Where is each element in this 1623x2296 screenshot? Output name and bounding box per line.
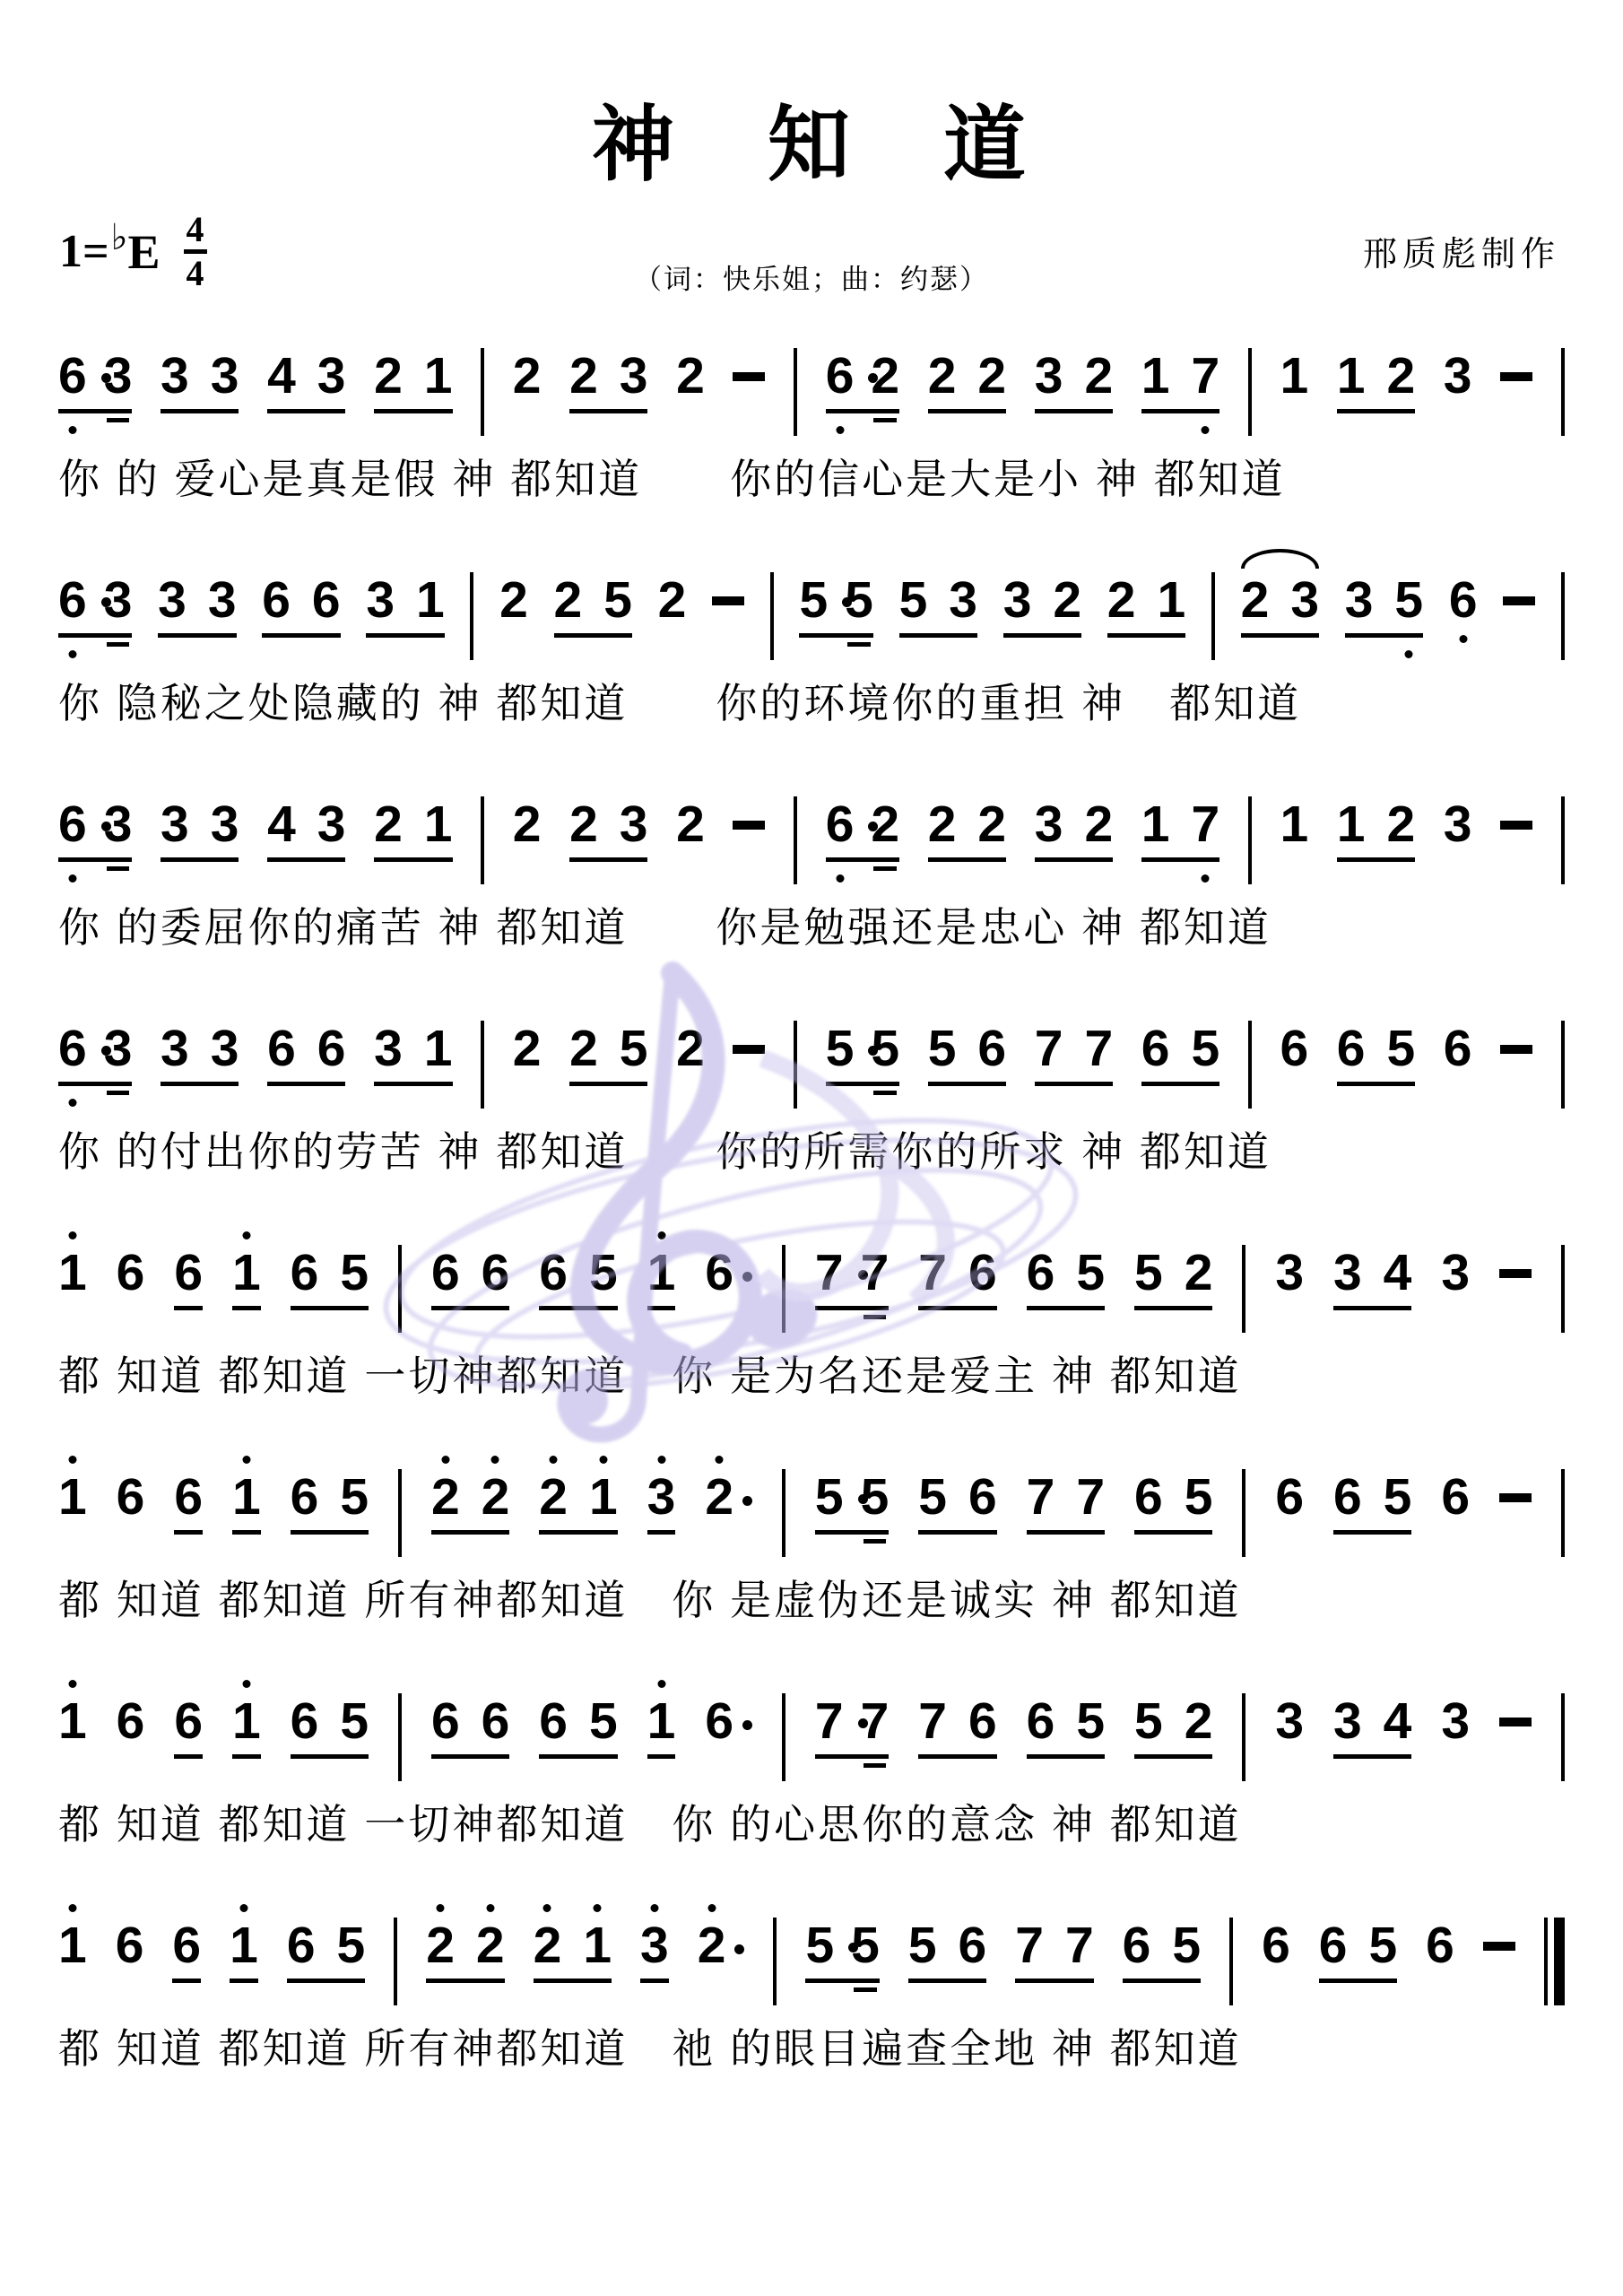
duration-dash	[1500, 821, 1532, 830]
note-digit: 2	[1241, 572, 1270, 628]
note-cell: 33	[161, 1021, 239, 1086]
meter-numerator: 4	[184, 212, 207, 254]
octave-dot-low	[68, 874, 76, 883]
note-cell	[1500, 796, 1532, 830]
note-digit: 6	[1275, 1469, 1304, 1525]
note-cell: 62	[826, 348, 899, 413]
beam-group: 65	[1319, 1918, 1397, 1983]
note-cell: 66	[431, 1245, 509, 1310]
note-cell: 23	[569, 348, 647, 413]
duration-dash	[1500, 372, 1532, 381]
note-digit: 6	[58, 1021, 87, 1076]
beam-group: 17	[1141, 796, 1219, 862]
note-cell: 3	[1441, 1693, 1470, 1749]
barline	[1561, 1693, 1565, 1781]
octave-dot-high	[657, 1456, 665, 1464]
beam-group: 12	[1337, 796, 1415, 862]
barline	[394, 1918, 397, 2005]
note-cell: 1	[58, 1693, 87, 1749]
lyric-line: 你 的 爱心是真是假 神 都知道 你的信心是大是小 神 都知道	[58, 447, 1565, 506]
note-digit: 5	[1185, 1469, 1213, 1525]
note-digit: 1	[424, 348, 453, 404]
sixteenth-underline	[107, 642, 130, 647]
note-digit: 5	[1076, 1245, 1105, 1300]
note-cell: 2	[676, 1021, 705, 1076]
note-cell	[1500, 348, 1532, 381]
note-digit: 7	[861, 1245, 890, 1300]
note-digit: 2	[374, 796, 403, 852]
note-cell: 77	[1035, 1021, 1113, 1086]
barline	[470, 572, 473, 660]
note-digit: 5	[340, 1693, 369, 1749]
octave-dot-high	[239, 1904, 247, 1912]
note-cell: 55	[815, 1469, 889, 1535]
barline	[794, 348, 797, 436]
note-cell: 3	[1441, 1245, 1470, 1300]
beam-group: 65	[1134, 1469, 1212, 1535]
note-cell: 1	[58, 1918, 87, 1973]
note-digit: 6	[1027, 1693, 1055, 1749]
note-cell: 34	[1333, 1693, 1411, 1759]
note-cell	[733, 1021, 765, 1054]
note-digit: 6	[116, 1918, 144, 1973]
note-digit: 5	[799, 572, 828, 628]
note-row: 633366312252555677656656	[58, 1021, 1565, 1109]
octave-dot-low	[836, 426, 844, 434]
beam-group: 55	[815, 1469, 889, 1535]
note-digit: 2	[1053, 572, 1081, 628]
note-digit: 7	[1191, 796, 1219, 852]
note-digit: 1	[1280, 796, 1308, 852]
note-digit: 3	[647, 1469, 676, 1535]
note-digit: 6	[539, 1245, 568, 1300]
note-cell: 65	[1141, 1021, 1219, 1086]
barline	[1561, 1245, 1565, 1333]
notation-line-5: 166165666516777665523343都 知道 都知道 一切神都知道 …	[58, 1245, 1565, 1469]
barline	[398, 1693, 402, 1781]
note-cell: 25	[554, 572, 632, 638]
beam-group: 22	[928, 796, 1006, 862]
beam-group: 66	[267, 1021, 345, 1086]
octave-dot-high	[491, 1456, 499, 1464]
note-cell: 25	[569, 1021, 647, 1086]
note-digit: 5	[871, 1021, 899, 1076]
note-digit: 7	[1015, 1918, 1044, 1973]
beam-group: 77	[1015, 1918, 1093, 1983]
lyric-line: 都 知道 都知道 一切神都知道 你 是为名还是爱主 神 都知道	[58, 1344, 1565, 1403]
beam-group: 77	[815, 1693, 889, 1759]
note-digit: 6	[968, 1245, 997, 1300]
barline-cell	[794, 796, 797, 884]
duration-dash	[1483, 1942, 1515, 1951]
octave-dot-high	[242, 1680, 250, 1688]
note-digit: 6	[267, 1021, 296, 1076]
barline-cell	[770, 572, 774, 660]
beam-group: 63	[58, 348, 132, 413]
note-digit: 2	[513, 796, 542, 852]
note-cell: 65	[1027, 1245, 1105, 1310]
note-digit: 7	[1065, 1918, 1094, 1973]
note-cell: 3	[1275, 1245, 1304, 1300]
note-digit: 3	[374, 1021, 403, 1076]
notation-line-7: 166165666516777665523343都 知道 都知道 一切神都知道 …	[58, 1693, 1565, 1918]
beam-group: 65	[291, 1693, 369, 1759]
note-digit: 6	[1141, 1021, 1170, 1076]
note-digit: 2	[928, 348, 957, 404]
note-digit: 1	[1280, 348, 1308, 404]
dotted-note-dot	[742, 1496, 752, 1506]
note-digit: 2	[676, 796, 705, 852]
note-digit: 1	[416, 572, 445, 628]
barline-cell	[394, 1918, 397, 2005]
notation-line-2: 6333663122525553322123356你 隐秘之处隐藏的 神 都知道…	[58, 572, 1565, 796]
note-row: 166165222132555677656656	[58, 1469, 1565, 1557]
note-digit: 3	[161, 348, 189, 404]
octave-dot-high	[242, 1456, 250, 1464]
beam-group: 62	[826, 796, 899, 862]
beam-group: 66	[431, 1693, 509, 1759]
beam-group: 65	[1141, 1021, 1219, 1086]
octave-dot-high	[594, 1904, 602, 1912]
barline	[1229, 1918, 1233, 2005]
beam-group: 21	[1107, 572, 1185, 638]
note-cell: 77	[1015, 1918, 1093, 1983]
barline	[1561, 1021, 1565, 1109]
note-cell	[1483, 1918, 1515, 1951]
note-cell: 33	[158, 572, 236, 638]
note-cell: 6	[1426, 1918, 1454, 1973]
note-cell: 2	[513, 348, 542, 404]
octave-dot-high	[68, 1904, 76, 1912]
note-cell: 65	[291, 1693, 369, 1759]
note-digit: 1	[583, 1918, 612, 1973]
note-digit: 5	[1191, 1021, 1219, 1076]
octave-dot-high	[68, 1456, 76, 1464]
barline-cell	[481, 348, 484, 436]
barline	[1248, 796, 1252, 884]
note-row: 166165222132555677656656	[58, 1918, 1565, 2005]
note-cell	[733, 796, 765, 830]
note-cell: 22	[426, 1918, 504, 1983]
note-digit: 6	[705, 1245, 733, 1300]
barline-cell	[794, 1021, 797, 1109]
beam-group: 65	[539, 1693, 617, 1759]
note-digit: 6	[117, 1245, 145, 1300]
sixteenth-underline	[847, 642, 871, 647]
octave-dot-low	[1202, 426, 1210, 434]
duration-dash	[733, 1045, 765, 1054]
note-digit: 2	[1185, 1245, 1213, 1300]
barline	[1242, 1693, 1245, 1781]
note-row: 6333663122525553322123356	[58, 572, 1565, 660]
note-digit: 3	[317, 796, 346, 852]
note-digit: 6	[172, 1918, 201, 1983]
note-digit: 6	[287, 1918, 316, 1973]
note-digit: 7	[1076, 1469, 1105, 1525]
note-cell: 23	[1241, 572, 1319, 638]
note-digit: 3	[211, 348, 239, 404]
lyric-line: 你 的委屈你的痛苦 神 都知道 你是勉强还是忠心 神 都知道	[58, 895, 1565, 954]
lyric-line: 你 的付出你的劳苦 神 都知道 你的所需你的所求 神 都知道	[58, 1119, 1565, 1178]
beam-group: 32	[1035, 348, 1113, 413]
beam-group: 31	[366, 572, 444, 638]
notation-line-6: 166165222132555677656656都 知道 都知道 所有神都知道 …	[58, 1469, 1565, 1693]
note-digit: 7	[918, 1245, 947, 1300]
lyric-line: 你 隐秘之处隐藏的 神 都知道 你的环境你的重担 神 都知道	[58, 671, 1565, 730]
note-digit: 6	[1337, 1021, 1366, 1076]
note-cell: 22	[928, 796, 1006, 862]
beam-group: 56	[908, 1918, 986, 1983]
note-digit: 2	[977, 796, 1006, 852]
note-digit: 5	[1368, 1918, 1397, 1973]
note-cell: 66	[267, 1021, 345, 1086]
note-cell: 21	[539, 1469, 617, 1535]
beam-group: 76	[918, 1693, 996, 1759]
sixteenth-underline	[864, 1539, 887, 1544]
final-barline-thick	[1554, 1918, 1565, 2005]
note-digit: 3	[1275, 1245, 1304, 1300]
note-cell: 2	[676, 348, 705, 404]
note-cell: 3	[1275, 1693, 1304, 1749]
note-digit: 3	[366, 572, 395, 628]
note-digit: 5	[1386, 1021, 1415, 1076]
octave-dot-high	[543, 1904, 551, 1912]
barline	[1561, 572, 1565, 660]
note-digit: 5	[1384, 1469, 1412, 1525]
note-cell: 63	[58, 348, 132, 413]
note-digit: 2	[476, 1918, 505, 1973]
note-digit: 2	[928, 796, 957, 852]
note-digit: 7	[918, 1693, 947, 1749]
note-cell: 6	[1444, 1021, 1472, 1076]
note-digit: 6	[1262, 1918, 1290, 1973]
note-digit: 2	[426, 1918, 455, 1973]
note-cell: 23	[569, 796, 647, 862]
barline	[782, 1245, 785, 1333]
note-cell: 66	[262, 572, 340, 638]
barline-cell	[1561, 1245, 1565, 1333]
note-cell: 65	[1134, 1469, 1212, 1535]
note-digit: 2	[698, 1918, 726, 1973]
note-cell: 35	[1345, 572, 1423, 638]
barline-cell	[1248, 796, 1252, 884]
note-cell: 6	[705, 1245, 752, 1300]
note-cell: 6	[1449, 572, 1478, 628]
note-digit: 2	[705, 1469, 733, 1525]
note-cell: 52	[1134, 1245, 1212, 1310]
beam-group: 55	[826, 1021, 899, 1086]
note-digit: 6	[539, 1693, 568, 1749]
beam-group: 65	[291, 1469, 369, 1535]
octave-dot-high	[550, 1456, 558, 1464]
barline	[1248, 1021, 1252, 1109]
note-cell: 77	[815, 1245, 889, 1310]
beam-group: 66	[431, 1245, 509, 1310]
note-digit: 6	[1027, 1245, 1055, 1300]
note-digit: 4	[1384, 1693, 1412, 1749]
beam-group: 32	[1003, 572, 1081, 638]
note-digit: 3	[104, 796, 133, 852]
note-digit: 6	[117, 1469, 145, 1525]
sixteenth-underline	[873, 418, 897, 422]
note-cell: 55	[826, 1021, 899, 1086]
beam-group: 65	[1337, 1021, 1415, 1086]
note-cell: 6	[174, 1245, 203, 1310]
note-digit: 5	[918, 1469, 947, 1525]
note-digit: 5	[826, 1021, 855, 1076]
note-digit: 1	[232, 1693, 261, 1759]
note-digit: 5	[805, 1918, 834, 1973]
note-digit: 2	[658, 572, 687, 628]
octave-dot-high	[650, 1904, 658, 1912]
note-digit: 6	[1444, 1021, 1472, 1076]
octave-dot-high	[437, 1904, 445, 1912]
note-cell: 6	[705, 1693, 752, 1749]
note-cell: 65	[287, 1918, 365, 1983]
note-digit: 3	[208, 572, 237, 628]
note-digit: 6	[968, 1693, 997, 1749]
note-cell: 3	[647, 1469, 676, 1535]
beam-group: 65	[1123, 1918, 1201, 1983]
note-cell: 6	[172, 1918, 201, 1983]
note-cell: 65	[1333, 1469, 1411, 1535]
note-cell: 32	[1035, 796, 1113, 862]
note-cell: 6	[174, 1693, 203, 1759]
note-digit: 6	[317, 1021, 346, 1076]
octave-dot-high	[657, 1680, 665, 1688]
note-cell: 65	[1027, 1693, 1105, 1759]
barline	[1561, 1469, 1565, 1557]
note-cell: 1	[58, 1245, 87, 1300]
beam-group: 62	[826, 348, 899, 413]
note-row: 166165666516777665523343	[58, 1245, 1565, 1333]
note-cell	[733, 348, 765, 381]
note-digit: 5	[1134, 1245, 1163, 1300]
beam-group: 65	[1027, 1245, 1105, 1310]
note-cell: 2	[698, 1918, 745, 1973]
beam-group: 34	[1333, 1693, 1411, 1759]
note-digit: 5	[899, 572, 928, 628]
dotted-note-dot	[742, 1720, 752, 1730]
note-digit: 6	[291, 1693, 319, 1749]
beam-group: 23	[569, 348, 647, 413]
note-digit: 7	[1027, 1469, 1055, 1525]
note-cell: 2	[499, 572, 528, 628]
note-digit: 7	[815, 1245, 844, 1300]
note-cell: 21	[374, 796, 452, 862]
note-digit: 5	[603, 572, 632, 628]
octave-dot-high	[599, 1456, 607, 1464]
beam-group: 31	[374, 1021, 452, 1086]
barline	[794, 1021, 797, 1109]
note-digit: 2	[871, 796, 899, 852]
beam-group: 52	[1134, 1245, 1212, 1310]
barline-cell	[470, 572, 473, 660]
sixteenth-underline	[854, 1987, 877, 1992]
note-digit: 2	[569, 796, 598, 852]
note-digit: 6	[312, 572, 341, 628]
note-digit: 1	[232, 1245, 261, 1310]
note-digit: 5	[845, 572, 873, 628]
note-cell: 56	[908, 1918, 986, 1983]
beam-group: 17	[1141, 348, 1219, 413]
note-digit: 1	[1337, 348, 1366, 404]
note-digit: 5	[1394, 572, 1423, 628]
note-cell	[1503, 572, 1535, 605]
note-row: 633343212232622232171123	[58, 348, 1565, 436]
beam-group: 33	[161, 1021, 239, 1086]
note-digit: 1	[232, 1469, 261, 1535]
barline-cell	[1561, 572, 1565, 660]
note-digit: 3	[1441, 1693, 1470, 1749]
note-digit: 4	[267, 796, 296, 852]
note-digit: 2	[569, 1021, 598, 1076]
dotted-note-dot	[742, 1272, 752, 1282]
note-digit: 5	[928, 1021, 957, 1076]
note-cell: 3	[1444, 796, 1472, 852]
note-digit: 6	[968, 1469, 997, 1525]
sixteenth-underline	[107, 866, 130, 871]
barline-cell	[1211, 572, 1215, 660]
note-digit: 7	[861, 1693, 890, 1749]
note-cell: 43	[267, 796, 345, 862]
note-digit: 2	[1084, 796, 1113, 852]
sixteenth-underline	[873, 866, 897, 871]
barline	[481, 796, 484, 884]
barline-cell	[782, 1469, 785, 1557]
octave-dot-high	[68, 1680, 76, 1688]
note-digit: 6	[482, 1693, 510, 1749]
note-digit: 6	[431, 1245, 460, 1300]
barline	[770, 572, 774, 660]
note-digit: 2	[499, 572, 528, 628]
note-digit: 3	[317, 348, 346, 404]
duration-dash	[1503, 596, 1535, 605]
flat-icon: ♭	[111, 216, 128, 258]
beam-group: 52	[1134, 1693, 1212, 1759]
note-digit: 6	[1449, 572, 1478, 628]
note-digit: 5	[815, 1469, 844, 1525]
note-cell: 22	[431, 1469, 509, 1535]
sixteenth-underline	[107, 418, 130, 422]
beam-group: 23	[569, 796, 647, 862]
note-cell: 1	[58, 1469, 87, 1525]
barline-cell	[398, 1469, 402, 1557]
note-cell: 32	[1035, 348, 1113, 413]
note-digit: 5	[340, 1245, 369, 1300]
note-digit: 6	[431, 1693, 460, 1749]
duration-dash	[1499, 1269, 1532, 1278]
note-cell: 63	[58, 1021, 132, 1086]
note-digit: 5	[589, 1245, 618, 1300]
note-digit: 2	[513, 348, 542, 404]
note-digit: 6	[262, 572, 291, 628]
barline	[1242, 1245, 1245, 1333]
note-cell: 33	[161, 796, 239, 862]
note-cell: 66	[431, 1693, 509, 1759]
note-cell: 21	[534, 1918, 612, 1983]
note-digit: 3	[620, 796, 648, 852]
octave-dot-low	[68, 1099, 76, 1107]
note-digit: 1	[58, 1693, 87, 1749]
beam-group: 56	[928, 1021, 1006, 1086]
beam-group: 55	[805, 1918, 879, 1983]
note-digit: 3	[1333, 1693, 1362, 1749]
note-digit: 6	[58, 348, 87, 404]
sixteenth-underline	[873, 1091, 897, 1095]
note-cell: 22	[928, 348, 1006, 413]
octave-dot-high	[68, 1231, 76, 1239]
